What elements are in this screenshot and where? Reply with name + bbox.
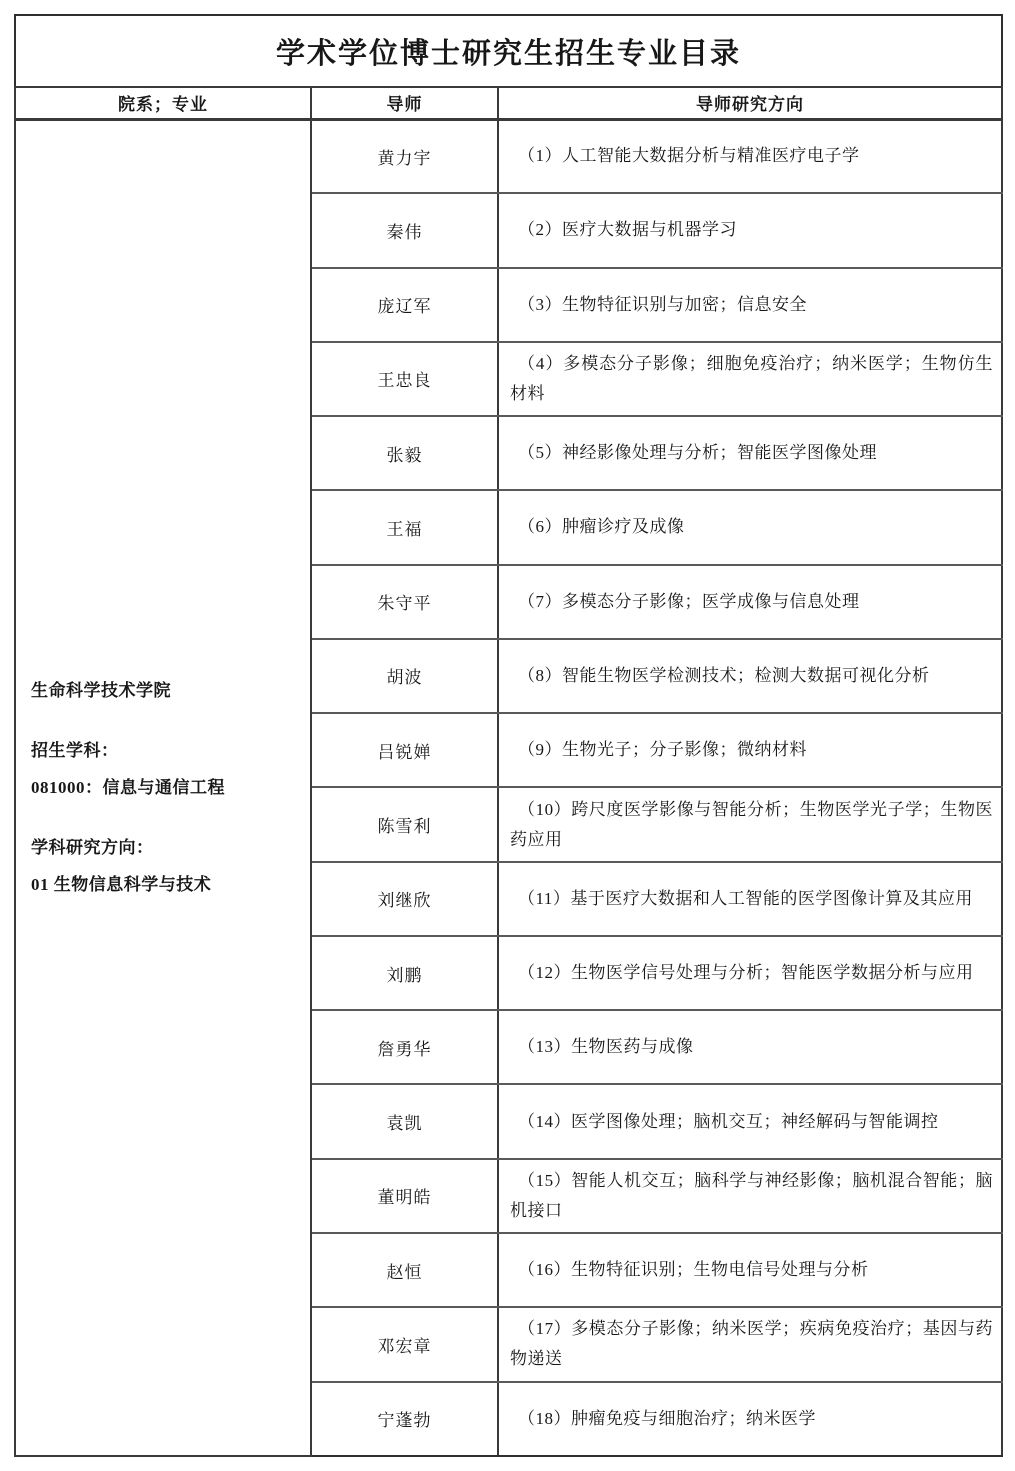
mentor-name: 刘鹏	[311, 936, 498, 1010]
research-direction: （14）医学图像处理；脑机交互；神经解码与智能调控	[498, 1084, 1002, 1158]
mentor-name: 王福	[311, 490, 498, 564]
column-header-department: 院系；专业	[15, 87, 311, 119]
research-direction: （2）医疗大数据与机器学习	[498, 193, 1002, 267]
table-row: 生命科学技术学院 招生学科： 081000：信息与通信工程 学科研究方向： 01…	[15, 119, 1002, 193]
research-direction: （5）神经影像处理与分析；智能医学图像处理	[498, 416, 1002, 490]
research-direction: （1）人工智能大数据分析与精准医疗电子学	[498, 119, 1002, 193]
admission-catalog-table: 学术学位博士研究生招生专业目录 院系；专业 导师 导师研究方向 生命科学技术学院…	[14, 14, 1003, 1457]
research-direction-label: 学科研究方向：	[31, 829, 302, 866]
page-title: 学术学位博士研究生招生专业目录	[15, 15, 1002, 87]
discipline-label: 招生学科：	[31, 732, 302, 769]
mentor-name: 陈雪利	[311, 787, 498, 861]
research-direction: （6）肿瘤诊疗及成像	[498, 490, 1002, 564]
research-direction: （9）生物光子；分子影像；微纳材料	[498, 713, 1002, 787]
mentor-name: 朱守平	[311, 565, 498, 639]
research-direction: （17）多模态分子影像；纳米医学；疾病免疫治疗；基因与药物递送	[498, 1307, 1002, 1381]
page: 学术学位博士研究生招生专业目录 院系；专业 导师 导师研究方向 生命科学技术学院…	[0, 0, 1015, 1471]
title-row: 学术学位博士研究生招生专业目录	[15, 15, 1002, 87]
mentor-name: 邓宏章	[311, 1307, 498, 1381]
mentor-name: 黄力宇	[311, 119, 498, 193]
column-header-mentor: 导师	[311, 87, 498, 119]
research-direction: （7）多模态分子影像；医学成像与信息处理	[498, 565, 1002, 639]
research-direction: （8）智能生物医学检测技术；检测大数据可视化分析	[498, 639, 1002, 713]
mentor-name: 袁凯	[311, 1084, 498, 1158]
mentor-name: 刘继欣	[311, 862, 498, 936]
research-direction: （4）多模态分子影像；细胞免疫治疗；纳米医学；生物仿生材料	[498, 342, 1002, 416]
mentor-name: 吕锐婵	[311, 713, 498, 787]
column-header-research-direction: 导师研究方向	[498, 87, 1002, 119]
department-info-cell: 生命科学技术学院 招生学科： 081000：信息与通信工程 学科研究方向： 01…	[15, 119, 311, 1456]
discipline-code: 081000：信息与通信工程	[31, 769, 302, 806]
mentor-name: 王忠良	[311, 342, 498, 416]
research-direction-value: 01 生物信息科学与技术	[31, 866, 302, 903]
research-direction: （12）生物医学信号处理与分析；智能医学数据分析与应用	[498, 936, 1002, 1010]
mentor-name: 秦伟	[311, 193, 498, 267]
mentor-name: 胡波	[311, 639, 498, 713]
research-direction: （3）生物特征识别与加密；信息安全	[498, 268, 1002, 342]
research-direction: （10）跨尺度医学影像与智能分析；生物医学光子学；生物医药应用	[498, 787, 1002, 861]
header-row: 院系；专业 导师 导师研究方向	[15, 87, 1002, 119]
mentor-name: 庞辽军	[311, 268, 498, 342]
college-name: 生命科学技术学院	[31, 672, 302, 709]
research-direction: （15）智能人机交互；脑科学与神经影像；脑机混合智能；脑机接口	[498, 1159, 1002, 1233]
mentor-name: 赵恒	[311, 1233, 498, 1307]
research-direction: （18）肿瘤免疫与细胞治疗；纳米医学	[498, 1382, 1002, 1456]
mentor-name: 董明皓	[311, 1159, 498, 1233]
department-info-block: 生命科学技术学院 招生学科： 081000：信息与通信工程 学科研究方向： 01…	[31, 672, 302, 903]
mentor-name: 张毅	[311, 416, 498, 490]
research-direction: （13）生物医药与成像	[498, 1010, 1002, 1084]
mentor-name: 詹勇华	[311, 1010, 498, 1084]
research-direction: （11）基于医疗大数据和人工智能的医学图像计算及其应用	[498, 862, 1002, 936]
table-body: 生命科学技术学院 招生学科： 081000：信息与通信工程 学科研究方向： 01…	[15, 119, 1002, 1456]
research-direction: （16）生物特征识别；生物电信号处理与分析	[498, 1233, 1002, 1307]
mentor-name: 宁蓬勃	[311, 1382, 498, 1456]
